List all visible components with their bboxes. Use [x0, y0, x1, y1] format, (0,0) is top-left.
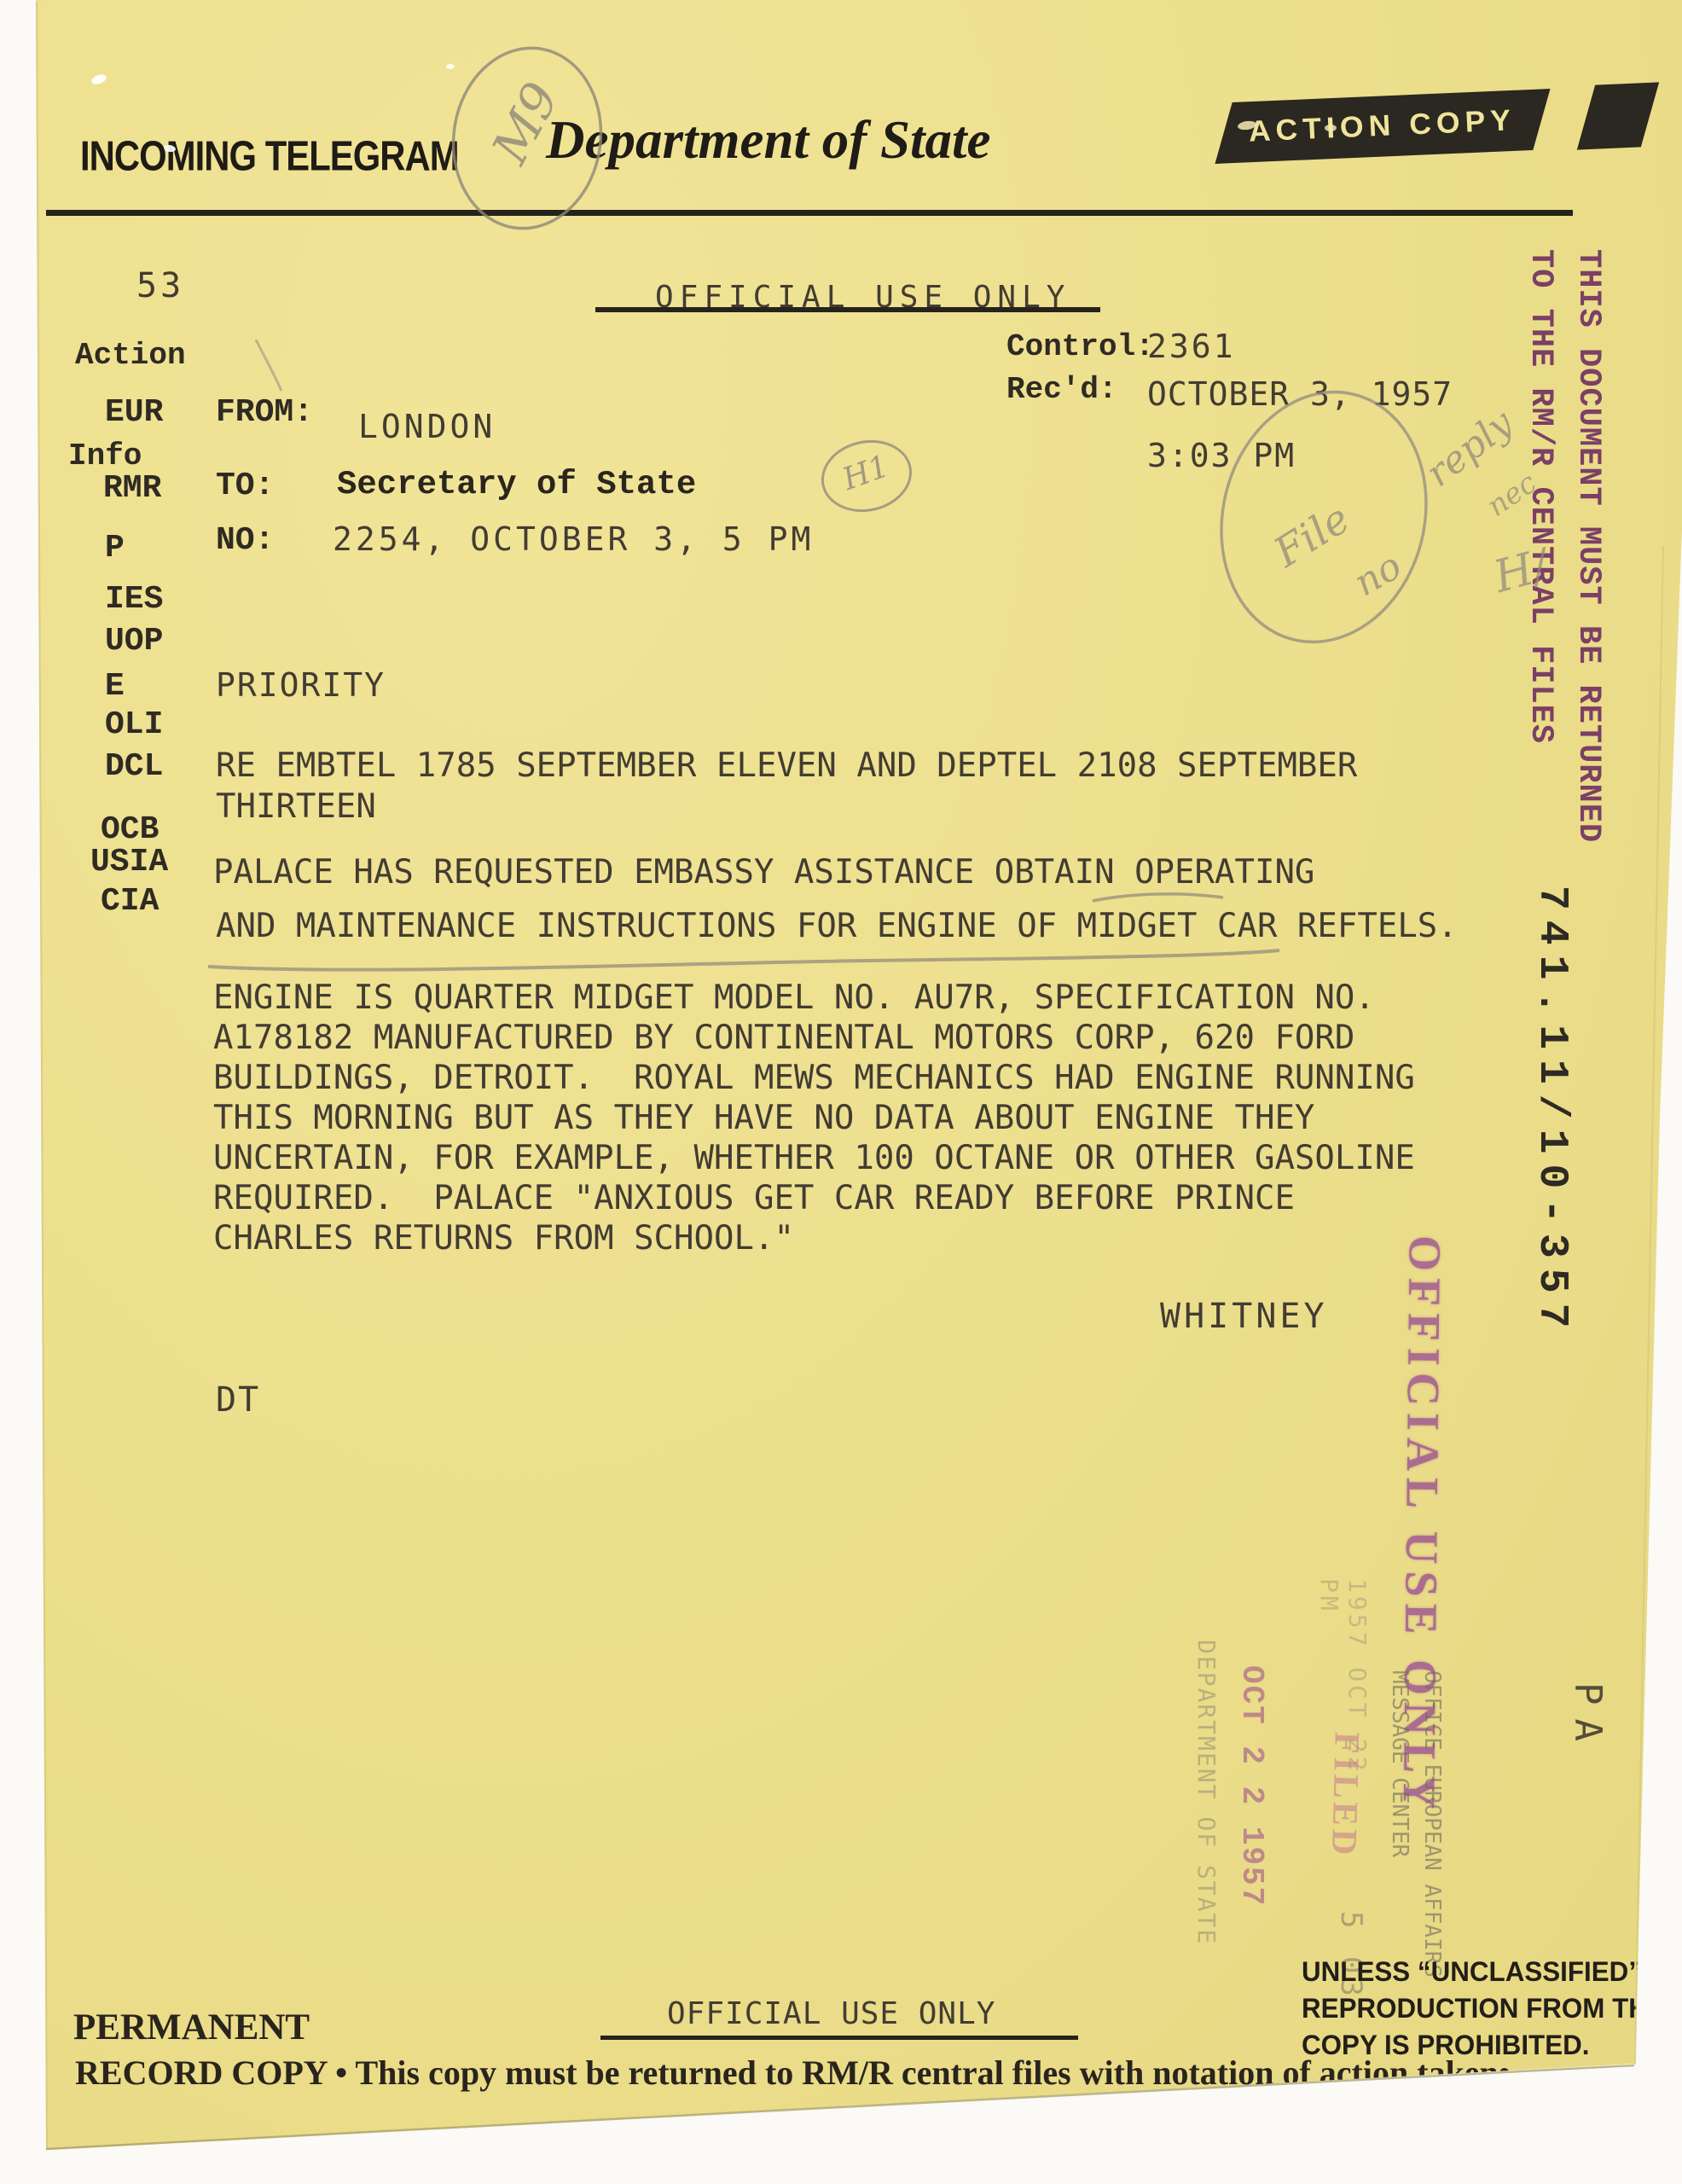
- action-copy-banner-fragment: [1577, 82, 1659, 149]
- from-value: LONDON: [358, 408, 496, 445]
- handwritten-no: no: [1347, 544, 1409, 606]
- action-copy-stamp: ACTION COPY: [1215, 89, 1550, 164]
- routing-code-usia: USIA: [90, 844, 168, 880]
- department-of-state-title: Department of State: [546, 109, 990, 171]
- routing-code-eur: EUR: [105, 394, 163, 431]
- reproduction-notice: UNLESS “UNCLASSIFIED” REPRODUCTION FROM …: [1302, 1954, 1673, 2064]
- received-time: 3:03 PM: [1147, 437, 1296, 474]
- body-paragraph-2: ENGINE IS QUARTER MIDGET MODEL NO. AU7R,…: [213, 978, 1415, 1258]
- classification-top-underline: [595, 307, 1100, 312]
- received-label: Rec'd:: [1006, 372, 1117, 407]
- body-paragraph-1-line-1: PALACE HAS REQUESTED EMBASSY ASISTANCE O…: [213, 853, 1314, 892]
- routing-code-cia: CIA: [101, 883, 159, 920]
- precedence: PRIORITY: [216, 666, 386, 704]
- telegram-paper: INCOMING TELEGRAM Department of State AC…: [0, 0, 1682, 2184]
- routing-code-e: E: [105, 668, 125, 705]
- page-number: 53: [136, 266, 184, 305]
- control-value: 2361: [1147, 328, 1236, 365]
- pa-stamp: PA: [1566, 1682, 1609, 1802]
- body-reference: RE EMBTEL 1785 SEPTEMBER ELEVEN AND DEPT…: [216, 746, 1357, 828]
- routing-info-label: Info: [68, 439, 142, 473]
- to-label: TO:: [216, 468, 274, 504]
- from-label: FROM:: [216, 394, 313, 431]
- routing-code-oli: OLI: [105, 706, 163, 743]
- no-value: 2254, OCTOBER 3, 5 PM: [333, 520, 814, 558]
- routing-action-label: Action: [75, 338, 186, 373]
- body-paragraph-1-line-2: AND MAINTENANCE INSTRUCTIONS FOR ENGINE …: [216, 907, 1458, 945]
- routing-code-rmr: RMR: [103, 470, 161, 507]
- handwritten-file: File: [1266, 495, 1358, 577]
- filed-stamp: FILED: [1321, 1731, 1366, 1911]
- routing-code-ies: IES: [105, 581, 163, 618]
- telegram-scan: INCOMING TELEGRAM Department of State AC…: [0, 0, 1682, 2184]
- control-label: Control:: [1006, 329, 1154, 364]
- permanent-label: PERMANENT: [73, 2007, 310, 2048]
- incoming-telegram-label: INCOMING TELEGRAM: [80, 133, 459, 181]
- routing-code-uop: UOP: [105, 623, 163, 659]
- department-of-state-stamp: DEPARTMENT OF STATE: [1192, 1640, 1221, 1989]
- no-label: NO:: [216, 522, 274, 559]
- received-date: OCTOBER 3, 1957: [1147, 375, 1453, 413]
- to-value: Secretary of State: [337, 466, 696, 503]
- signature: WHITNEY: [1160, 1297, 1328, 1336]
- routing-code-dcl: DCL: [105, 748, 163, 785]
- header-divider-rule: [46, 210, 1573, 216]
- record-copy-line: RECORD COPY • This copy must be returned…: [75, 2053, 1511, 2093]
- operator-initials: DT: [216, 1380, 260, 1420]
- classification-footer: OFFICIAL USE ONLY: [667, 1996, 995, 2031]
- handwritten-h1: H1: [838, 449, 894, 497]
- file-number-stamp: 741.11/10-357: [1528, 886, 1575, 1372]
- routing-code-ocb: OCB: [101, 811, 159, 848]
- routing-code-p: P: [105, 530, 125, 566]
- action-copy-stamp-label: ACTION COPY: [1248, 104, 1517, 149]
- date-received-stamp: OCT 2 2 1957: [1234, 1665, 1269, 1938]
- classification-footer-underline: [600, 2036, 1078, 2040]
